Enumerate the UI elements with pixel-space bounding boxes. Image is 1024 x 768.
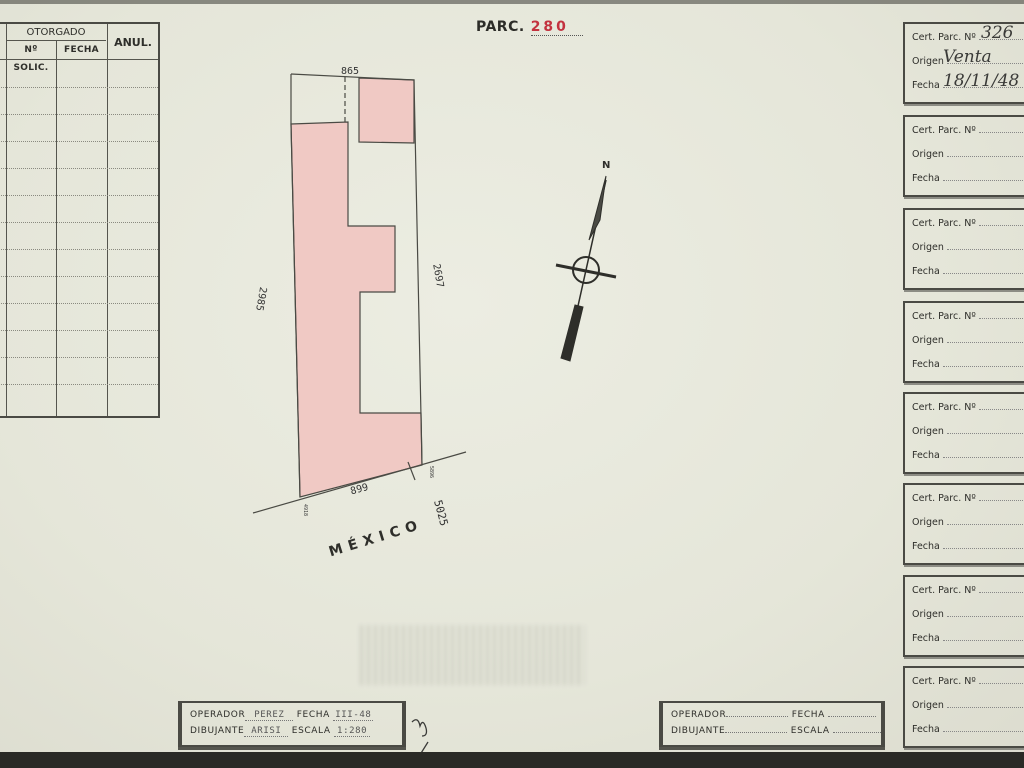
origen-label: Origen <box>912 149 944 160</box>
north-arrow-icon: N <box>556 160 616 361</box>
fecha-label: Fecha <box>912 633 940 644</box>
fecha-label: Fecha <box>912 724 940 735</box>
fecha-row: Fecha <box>912 266 1024 277</box>
cert-parc-number-label: Cert. Parc. Nº <box>912 125 976 136</box>
operator-box-1: OPERADORPEREZ FECHA III-48 DIBUJANTEARIS… <box>178 701 406 747</box>
origen-label: Origen <box>912 609 944 620</box>
dim-corner-left-small: 4918 <box>302 504 308 516</box>
cert-box: Cert. Parc. Nº326OrigenVentaFecha18/11/4… <box>903 22 1024 104</box>
dim-left: 2985 <box>253 286 268 312</box>
origen-field <box>947 249 1024 250</box>
operador-label: OPERADOR <box>671 710 726 720</box>
cert-parc-number-row: Cert. Parc. Nº <box>912 493 1024 504</box>
origen-field <box>947 707 1024 708</box>
escala-label: ESCALA <box>292 726 331 736</box>
fecha-field <box>943 457 1024 458</box>
cert-parc-number-label: Cert. Parc. Nº <box>912 32 976 43</box>
fecha-field <box>943 731 1024 732</box>
cert-parc-number-row: Cert. Parc. Nº <box>912 218 1024 229</box>
fecha-label: Fecha <box>912 173 940 184</box>
fecha-field <box>943 273 1024 274</box>
fecha-label: Fecha <box>912 266 940 277</box>
operador-label: OPERADOR <box>190 710 245 720</box>
origen-row: Origen <box>912 242 1024 253</box>
fecha-label: Fecha <box>912 541 940 552</box>
fecha-row: Fecha <box>912 450 1024 461</box>
cert-parc-number-label: Cert. Parc. Nº <box>912 402 976 413</box>
fecha-label: Fecha <box>912 450 940 461</box>
scan-bottom-edge <box>0 752 1024 768</box>
fecha-value: III-48 <box>333 710 373 721</box>
origen-row: Origen <box>912 426 1024 437</box>
origen-row: Origen <box>912 517 1024 528</box>
origen-row: Origen <box>912 609 1024 620</box>
north-label: N <box>602 160 610 171</box>
cert-parc-number-row: Cert. Parc. Nº <box>912 676 1024 687</box>
dibujante-value <box>725 732 787 733</box>
dim-right: 2697 <box>430 263 445 289</box>
cert-parc-number-field <box>979 500 1024 501</box>
dibujante-value: ARISI <box>244 726 288 737</box>
origen-field <box>947 342 1024 343</box>
operador-value <box>726 716 788 717</box>
cert-parc-number-field <box>979 592 1024 593</box>
fecha-value <box>828 716 876 717</box>
faded-stamp <box>360 625 585 685</box>
cert-parc-number-label: Cert. Parc. Nº <box>912 311 976 322</box>
cert-parc-number-field <box>979 225 1024 226</box>
cert-parc-number-row: Cert. Parc. Nº <box>912 402 1024 413</box>
fecha-field <box>943 180 1024 181</box>
fecha-label: FECHA <box>792 710 825 720</box>
origen-field <box>947 433 1024 434</box>
escala-label: ESCALA <box>791 726 830 736</box>
fecha-label: FECHA <box>297 710 330 720</box>
cert-box: Cert. Parc. NºOrigenFecha <box>903 666 1024 748</box>
fecha-row: Fecha <box>912 359 1024 370</box>
origen-field <box>947 156 1024 157</box>
fecha-row: Fecha <box>912 633 1024 644</box>
cert-parc-number-field <box>979 132 1024 133</box>
dim-corner: 5025 <box>431 499 450 528</box>
origen-field <box>947 524 1024 525</box>
cert-parc-number-row: Cert. Parc. Nº <box>912 585 1024 596</box>
cert-parc-number-row: Cert. Parc. Nº <box>912 311 1024 322</box>
parcel-built-area <box>291 78 422 497</box>
fecha-row: Fecha <box>912 173 1024 184</box>
cert-box: Cert. Parc. NºOrigenFecha <box>903 115 1024 197</box>
fecha-row: Fecha <box>912 541 1024 552</box>
escala-value <box>833 732 881 733</box>
fecha-field <box>943 548 1024 549</box>
cert-parc-number-handwritten-value: 326 <box>981 23 1013 43</box>
operator-box-2: OPERADOR FECHA DIBUJANTE ESCALA <box>659 701 885 747</box>
origen-row: Origen <box>912 335 1024 346</box>
fecha-label: Fecha <box>912 359 940 370</box>
dibujante-label: DIBUJANTE <box>671 726 725 736</box>
dibujante-label: DIBUJANTE <box>190 726 244 736</box>
cert-box: Cert. Parc. NºOrigenFecha <box>903 208 1024 290</box>
cert-parc-number-label: Cert. Parc. Nº <box>912 218 976 229</box>
cert-box: Cert. Parc. NºOrigenFecha <box>903 575 1024 657</box>
origen-label: Origen <box>912 517 944 528</box>
operador-value: PEREZ <box>245 710 293 721</box>
cert-parc-number-label: Cert. Parc. Nº <box>912 676 976 687</box>
origen-label: Origen <box>912 56 944 67</box>
cert-parc-number-field <box>979 318 1024 319</box>
cert-box: Cert. Parc. NºOrigenFecha <box>903 483 1024 565</box>
fecha-field <box>943 366 1024 367</box>
cert-box: Cert. Parc. NºOrigenFecha <box>903 301 1024 383</box>
fecha-row: Fecha <box>912 724 1024 735</box>
origen-label: Origen <box>912 700 944 711</box>
fecha-handwritten-value: 18/11/48 <box>943 71 1019 91</box>
origen-label: Origen <box>912 242 944 253</box>
dim-top: 865 <box>341 66 359 77</box>
escala-value: 1:280 <box>334 726 370 737</box>
cert-parc-number-field <box>979 409 1024 410</box>
cert-box: Cert. Parc. NºOrigenFecha <box>903 392 1024 474</box>
fecha-label: Fecha <box>912 80 940 91</box>
origen-row: Origen <box>912 700 1024 711</box>
dim-corner-right-small: 5896 <box>428 466 434 478</box>
cert-parc-number-label: Cert. Parc. Nº <box>912 493 976 504</box>
cert-parc-number-field <box>979 683 1024 684</box>
cert-parc-number-label: Cert. Parc. Nº <box>912 585 976 596</box>
cert-parc-number-row: Cert. Parc. Nº <box>912 125 1024 136</box>
origen-label: Origen <box>912 426 944 437</box>
origen-field <box>947 616 1024 617</box>
origen-handwritten-value: Venta <box>943 47 992 67</box>
fecha-field <box>943 640 1024 641</box>
origen-row: Origen <box>912 149 1024 160</box>
origen-label: Origen <box>912 335 944 346</box>
